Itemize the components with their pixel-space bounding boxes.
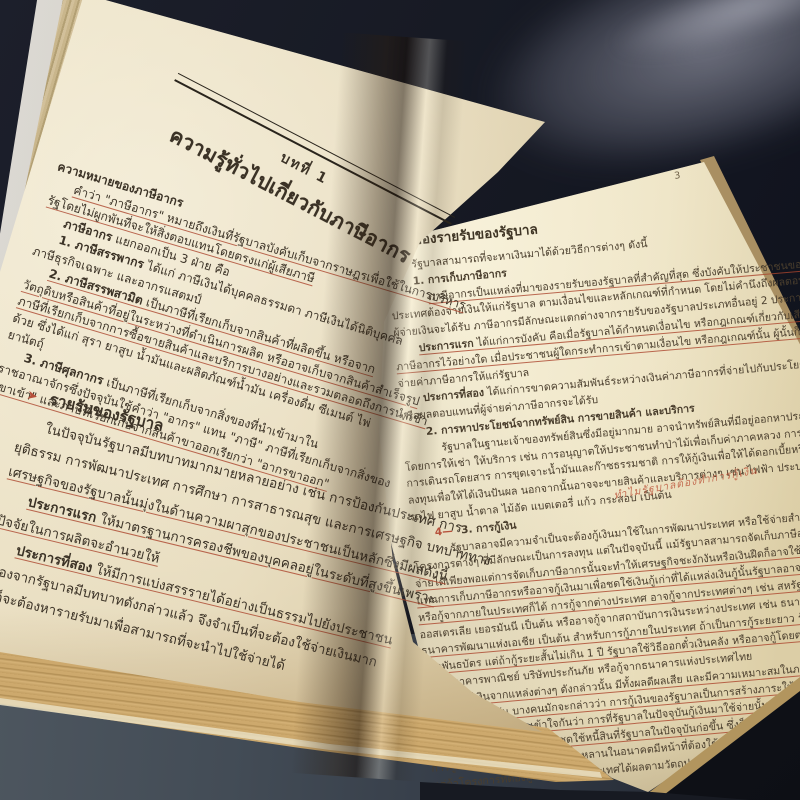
red-arrow-annotation: ➤ <box>25 388 39 405</box>
book-photo: ภาษีอากร 3 ที่มาของรายรับของรัฐบาล รัฐบา… <box>0 0 800 800</box>
